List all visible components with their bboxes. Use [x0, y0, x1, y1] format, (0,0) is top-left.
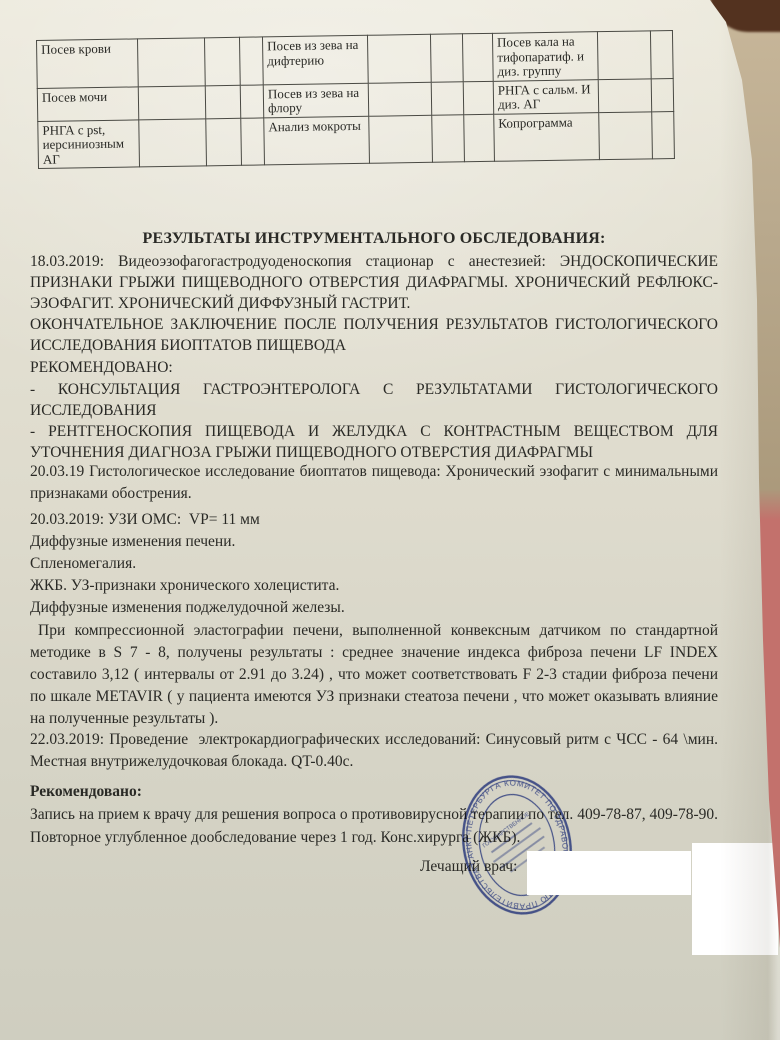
paragraph-ecg: 22.03.2019: Проведение электрокардиограф… [30, 729, 718, 773]
paragraph-histology: 20.03.19 Гистологическое исследование би… [30, 461, 718, 505]
paragraph-ultrasound-line2: Спленомегалия. [30, 553, 718, 574]
paragraph-ultrasound-line4: Диффузные изменения поджелудочной железы… [30, 597, 718, 618]
paragraph-recommended-bold: Рекомендовано: [30, 781, 718, 802]
redaction-box-right-edge [692, 843, 778, 955]
paragraph-ultrasound-line3: ЖКБ. УЗ-признаки хронического холецистит… [30, 575, 718, 596]
paragraph-elastography: При компрессионной эластографии печени, … [30, 620, 718, 730]
paragraph-final-conclusion: ОКОНЧАТЕЛЬНОЕ ЗАКЛЮЧЕНИЕ ПОСЛЕ ПОЛУЧЕНИЯ… [30, 314, 718, 356]
report-heading: РЕЗУЛЬТАТЫ ИНСТРУМЕНТАЛЬНОГО ОБСЛЕДОВАНИ… [30, 228, 718, 249]
stamp-inner-text: ГОСУДАРСТВЕННОЕ [482, 811, 531, 849]
redaction-box-doctor-name [527, 851, 691, 895]
document-paper: Посев кровиПосев из зева на дифтериюПосе… [0, 0, 780, 1040]
paragraph-appointment: Запись на прием к врачу для решения вопр… [30, 803, 718, 849]
paragraph-endoscopy: 18.03.2019: Видеоэзофагогастродуоденоско… [30, 251, 718, 314]
photo-of-medical-report: Посев кровиПосев из зева на дифтериюПосе… [0, 0, 780, 1040]
paragraph-ultrasound-line1: Диффузные изменения печени. [30, 531, 718, 552]
paragraph-recommendation-2: - РЕНТГЕНОСКОПИЯ ПИЩЕВОДА И ЖЕЛУДКА С КО… [30, 421, 718, 463]
paragraph-recommended-caps: РЕКОМЕНДОВАНО: [30, 357, 718, 378]
paragraph-recommendation-1: - КОНСУЛЬТАЦИЯ ГАСТРОЭНТЕРОЛОГА С РЕЗУЛЬ… [30, 379, 718, 421]
paragraph-ultrasound-title: 20.03.2019: УЗИ ОМС: VP= 11 мм [30, 509, 718, 530]
